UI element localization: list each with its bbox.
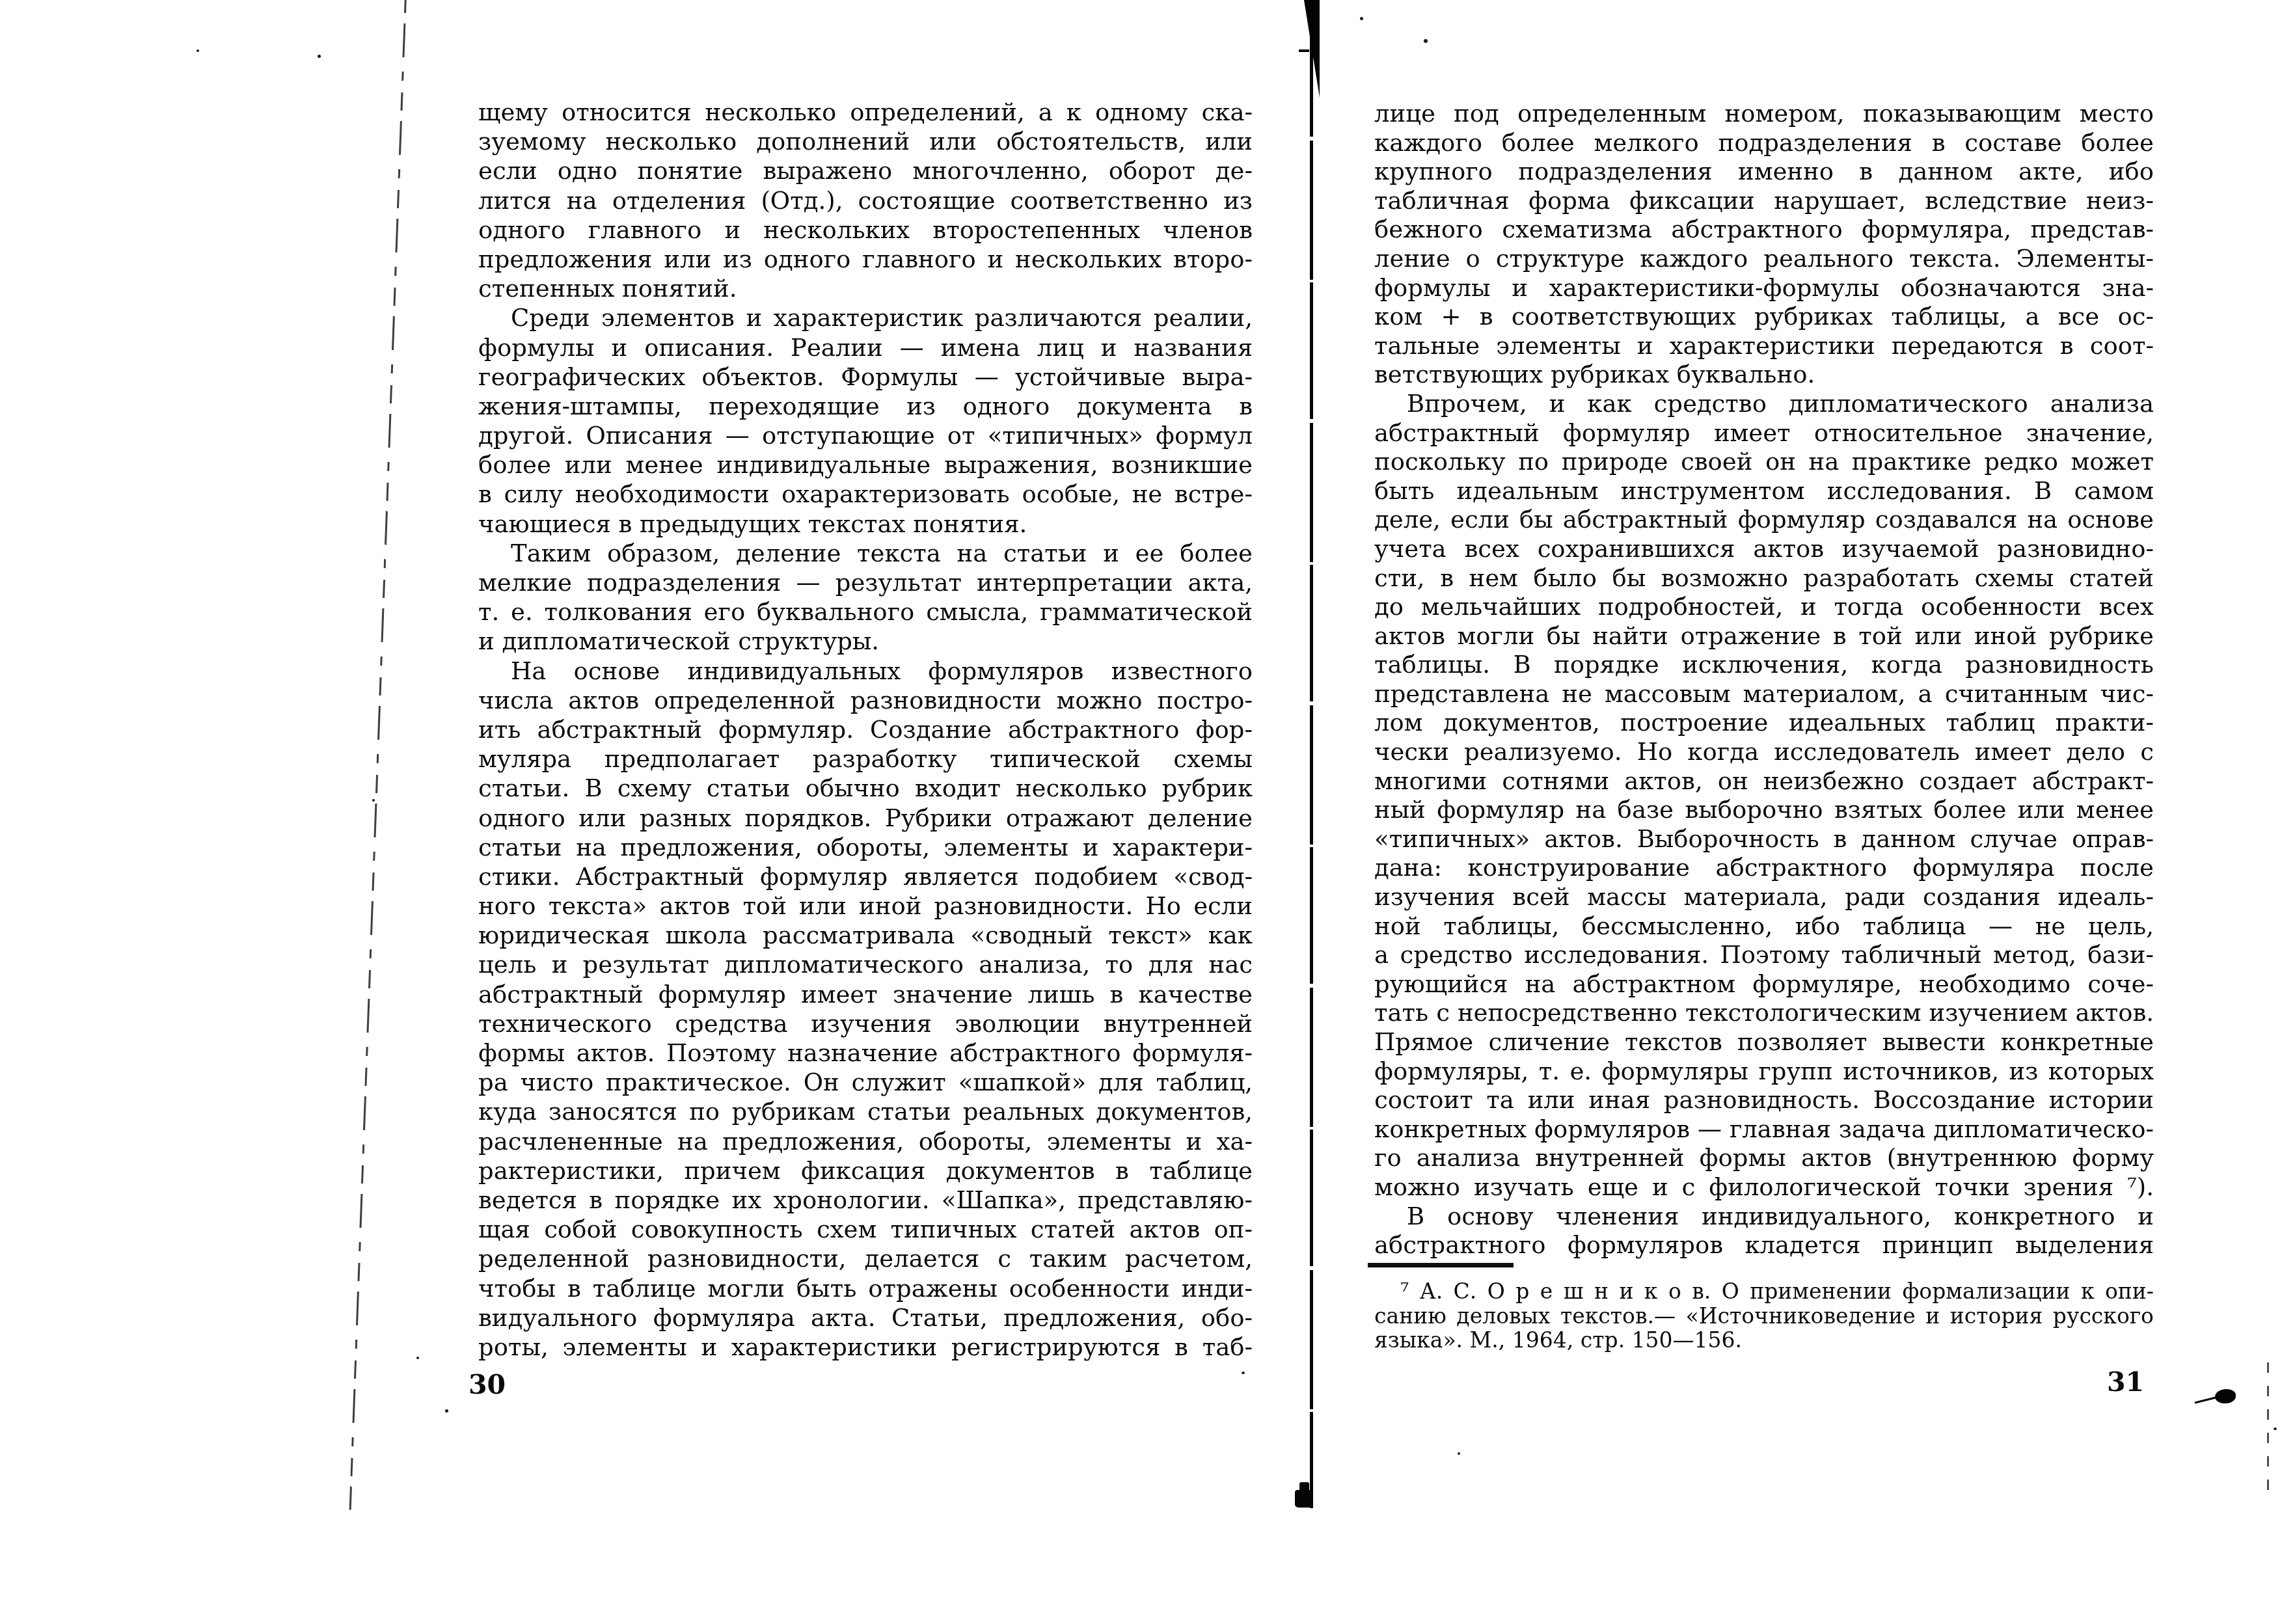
text-line: другой. Описания — отступающие от «типич… bbox=[478, 421, 1253, 450]
ink-speck bbox=[445, 1409, 448, 1413]
text-line: таблицы. В порядке исключения, когда раз… bbox=[1374, 651, 2154, 680]
right-page-text: лице под определенным номером, показываю… bbox=[1374, 100, 2154, 1260]
text-line: юридическая школа рассматривала «сводный… bbox=[478, 921, 1253, 950]
text-line: числа актов определенной разновидности м… bbox=[478, 686, 1253, 715]
text-line: в силу необходимости охарактеризовать ос… bbox=[478, 480, 1253, 509]
text-line: формы актов. Поэтому назначение абстракт… bbox=[478, 1038, 1253, 1068]
text-line: Таким образом, деление текста на статьи … bbox=[478, 539, 1253, 568]
text-line: степенных понятий. bbox=[478, 274, 1253, 303]
text-line: тать с непосредственно текстологическим … bbox=[1374, 999, 2154, 1028]
text-line: муляра предполагает разработку типическо… bbox=[478, 744, 1253, 774]
text-line: На основе индивидуальных формуляров изве… bbox=[478, 656, 1253, 686]
text-line: конкретных формуляров — главная задача д… bbox=[1374, 1115, 2154, 1144]
text-line: рующийся на абстрактном формуляре, необх… bbox=[1374, 970, 2154, 999]
ink-speck bbox=[372, 799, 375, 802]
text-line: В основу членения индивидуального, конкр… bbox=[1374, 1202, 2154, 1232]
text-line: ление о структуре каждого реального текс… bbox=[1374, 245, 2154, 274]
text-line: а средство исследования. Поэтому табличн… bbox=[1374, 941, 2154, 970]
text-line: и дипломатической структуры. bbox=[478, 627, 1253, 656]
text-line: абстрактный формуляр имеет относительное… bbox=[1374, 419, 2154, 448]
text-line: ведется в порядке их хронологии. «Шапка»… bbox=[478, 1185, 1253, 1215]
text-line: формулы и характеристики-формулы обознач… bbox=[1374, 274, 2154, 303]
text-line: формуляры, т. е. формуляры групп источни… bbox=[1374, 1057, 2154, 1087]
text-line: цель и результат дипломатического анализ… bbox=[478, 950, 1253, 979]
text-line: языка». М., 1964, стр. 150—156. bbox=[1374, 1328, 2154, 1353]
text-line: деле, если бы абстрактный формуляр созда… bbox=[1374, 506, 2154, 535]
text-line: Прямое сличение текстов позволяет вывест… bbox=[1374, 1028, 2154, 1057]
ink-speck bbox=[1360, 17, 1363, 20]
text-line: более или менее индивидуальные выражения… bbox=[478, 450, 1253, 480]
text-line: стики. Абстрактный формуляр является под… bbox=[478, 862, 1253, 891]
text-line: т. е. толкования его буквального смысла,… bbox=[478, 597, 1253, 627]
text-line: щему относится несколько определений, а … bbox=[478, 98, 1253, 127]
ink-speck bbox=[1424, 39, 1428, 43]
text-line: санию деловых текстов.— «Источниковедени… bbox=[1374, 1304, 2154, 1329]
text-line: абстрактный формуляр имеет значение лишь… bbox=[478, 980, 1253, 1009]
left-page-number: 30 bbox=[469, 1369, 506, 1400]
text-line: до мельчайших подробностей, и тогда особ… bbox=[1374, 593, 2154, 622]
text-line: статьи на предложения, обороты, элементы… bbox=[478, 833, 1253, 862]
text-line: представлена не массовым материалом, а с… bbox=[1374, 680, 2154, 709]
right-page-number: 31 bbox=[2107, 1366, 2144, 1398]
text-line: ра чисто практическое. Он служит «шапкой… bbox=[478, 1068, 1253, 1097]
text-line: «типичных» актов. Выборочность в данном … bbox=[1374, 825, 2154, 854]
text-line: роты, элементы и характеристики регистри… bbox=[478, 1333, 1253, 1362]
text-line: можно изучать еще и с филологической точ… bbox=[1374, 1173, 2154, 1202]
right-page-edge-line bbox=[2267, 1362, 2269, 1499]
text-line: дана: конструирование абстрактного форму… bbox=[1374, 854, 2154, 883]
text-line: абстрактного формуляров кладется принцип… bbox=[1374, 1231, 2154, 1260]
text-line: крупного подразделения именно в данном а… bbox=[1374, 157, 2154, 187]
text-line: бежного схематизма абстрактного формуляр… bbox=[1374, 215, 2154, 245]
text-line: географических объектов. Формулы — устой… bbox=[478, 362, 1253, 392]
text-line: мелкие подразделения — результат интерпр… bbox=[478, 568, 1253, 597]
text-line: ного текста» актов той или иной разновид… bbox=[478, 891, 1253, 921]
text-line: ить абстрактный формуляр. Создание абстр… bbox=[478, 715, 1253, 744]
text-line: ком + в соответствующих рубриках таблицы… bbox=[1374, 303, 2154, 332]
text-line: куда заносятся по рубрикам статьи реальн… bbox=[478, 1097, 1253, 1126]
text-line: рактеристики, причем фиксация документов… bbox=[478, 1156, 1253, 1185]
ink-speck bbox=[197, 49, 199, 52]
text-line: многими сотнями актов, он неизбежно созд… bbox=[1374, 767, 2154, 796]
text-line: лом документов, построение идеальных таб… bbox=[1374, 709, 2154, 738]
text-line: видуального формуляра акта. Статьи, пред… bbox=[478, 1303, 1253, 1333]
text-line: щая собой совокупность схем типичных ста… bbox=[478, 1215, 1253, 1244]
text-line: жения-штампы, переходящие из одного доку… bbox=[478, 392, 1253, 421]
ink-speck bbox=[2274, 1428, 2277, 1430]
gutter-line bbox=[1310, 0, 1313, 1508]
text-line: ределенной разновидности, делается с так… bbox=[478, 1244, 1253, 1273]
text-line: табличная форма фиксации нарушает, вслед… bbox=[1374, 187, 2154, 216]
ink-speck bbox=[1242, 1372, 1245, 1374]
text-line: учета всех сохранившихся актов изучаемой… bbox=[1374, 535, 2154, 564]
text-line: статьи. В схему статьи обычно входит нес… bbox=[478, 774, 1253, 803]
ink-blot-tail bbox=[2194, 1396, 2219, 1403]
text-line: лится на отделения (Отд.), состоящие соо… bbox=[478, 186, 1253, 215]
text-line: изучения всей массы материала, ради созд… bbox=[1374, 883, 2154, 912]
gutter-ink-blob-small bbox=[1299, 1482, 1309, 1491]
text-line: Впрочем, и как средство дипломатического… bbox=[1374, 390, 2154, 419]
text-line: го анализа внутренней формы актов (внутр… bbox=[1374, 1144, 2154, 1173]
scanned-book-spread: { "document": { "kind": "scanned book pa… bbox=[0, 0, 2282, 1624]
text-line: сти, в нем было бы возможно разработать … bbox=[1374, 564, 2154, 593]
text-line: технического средства изучения эволюции … bbox=[478, 1009, 1253, 1038]
gutter-ink-blob bbox=[1295, 1490, 1311, 1508]
text-line: ⁷ А. С. О р е ш н и к о в. О применении … bbox=[1374, 1279, 2154, 1304]
text-line: зуемому несколько дополнений или обстоят… bbox=[478, 127, 1253, 156]
text-line: предложения или из одного главного и нес… bbox=[478, 245, 1253, 274]
text-line: лице под определенным номером, показываю… bbox=[1374, 100, 2154, 129]
text-line: если одно понятие выражено многочленно, … bbox=[478, 156, 1253, 185]
text-line: чающиеся в предыдущих текстах понятия. bbox=[478, 509, 1253, 539]
text-line: чтобы в таблице могли быть отражены особ… bbox=[478, 1274, 1253, 1303]
text-line: тальные элементы и характеристики переда… bbox=[1374, 332, 2154, 361]
left-page-edge-line bbox=[349, 0, 407, 1510]
ink-speck bbox=[416, 1357, 419, 1359]
ink-speck bbox=[1458, 1452, 1460, 1455]
text-line: ной таблицы, бессмысленно, ибо таблица —… bbox=[1374, 912, 2154, 941]
footnote-rule bbox=[1368, 1263, 1514, 1267]
text-line: актов могли бы найти отражение в той или… bbox=[1374, 622, 2154, 651]
text-line: формулы и описания. Реалии — имена лиц и… bbox=[478, 333, 1253, 362]
footnote-text: ⁷ А. С. О р е ш н и к о в. О применении … bbox=[1374, 1279, 2154, 1353]
text-line: каждого более мелкого подразделения в со… bbox=[1374, 129, 2154, 158]
ink-speck bbox=[318, 55, 321, 58]
text-line: поскольку по природе своей он на практик… bbox=[1374, 448, 2154, 477]
text-line: расчлененные на предложения, обороты, эл… bbox=[478, 1127, 1253, 1156]
gutter-tick-mark bbox=[1299, 49, 1309, 52]
text-line: одного или разных порядков. Рубрики отра… bbox=[478, 804, 1253, 833]
text-line: Среди элементов и характеристик различаю… bbox=[478, 303, 1253, 332]
text-line: ветствующих рубриках буквально. bbox=[1374, 360, 2154, 390]
text-line: ный формуляр на базе выборочно взятых бо… bbox=[1374, 796, 2154, 825]
text-line: одного главного и нескольких второстепен… bbox=[478, 215, 1253, 245]
left-page-text: щему относится несколько определений, а … bbox=[478, 98, 1253, 1362]
text-line: чески реализуемо. Но когда исследователь… bbox=[1374, 738, 2154, 767]
text-line: быть идеальным инструментом исследования… bbox=[1374, 477, 2154, 506]
text-line: состоит та или иная разновидность. Воссо… bbox=[1374, 1086, 2154, 1115]
